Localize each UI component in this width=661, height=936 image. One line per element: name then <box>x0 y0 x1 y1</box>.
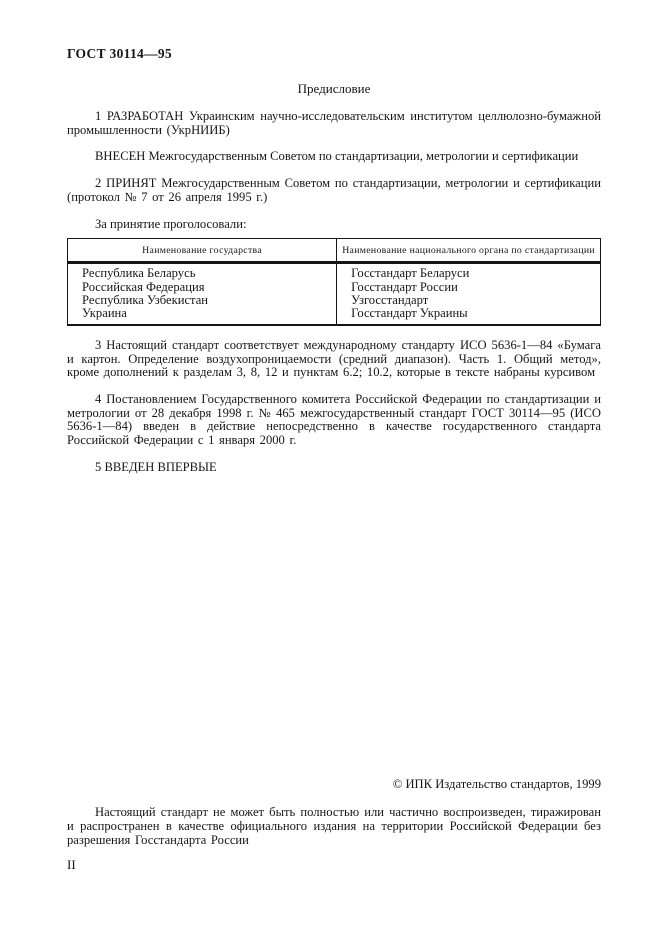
table-cell-body: Госстандарт Беларуси <box>337 263 601 281</box>
paragraph-first-time: 5 ВВЕДЕН ВПЕРВЫЕ <box>67 461 601 475</box>
table-row: Российская Федерация Госстандарт России <box>68 281 601 294</box>
table-cell-state: Российская Федерация <box>68 281 337 294</box>
copyright-line: © ИПК Издательство стандартов, 1999 <box>67 777 601 792</box>
paragraph-developed: 1 РАЗРАБОТАН Украинским научно-исследова… <box>67 110 601 137</box>
vote-table: Наименование государства Наименование на… <box>67 238 601 326</box>
page-title: Предисловие <box>67 81 601 97</box>
paragraph-correspondence: 3 Настоящий стандарт соответствует между… <box>67 339 601 380</box>
table-cell-body: Госстандарт Украины <box>337 307 601 324</box>
page-number: II <box>67 857 601 873</box>
footer-notice: Настоящий стандарт не может быть полност… <box>67 806 601 847</box>
table-cell-state: Республика Беларусь <box>68 263 337 281</box>
table-row: Республика Беларусь Госстандарт Беларуси <box>68 263 601 281</box>
page-content: ГОСТ 30114—95 Предисловие 1 РАЗРАБОТАН У… <box>0 0 661 873</box>
vote-table-header-state: Наименование государства <box>68 239 337 263</box>
paragraph-adopted: 2 ПРИНЯТ Межгосударственным Советом по с… <box>67 177 601 204</box>
table-row: Республика Узбекистан Узгосстандарт <box>68 294 601 307</box>
paragraph-submitted: ВНЕСЕН Межгосударственным Советом по ста… <box>67 150 601 164</box>
document-code: ГОСТ 30114—95 <box>67 46 601 62</box>
vote-table-header-body: Наименование национального органа по ста… <box>337 239 601 263</box>
table-cell-state: Украина <box>68 307 337 324</box>
document-page: ГОСТ 30114—95 Предисловие 1 РАЗРАБОТАН У… <box>0 0 661 936</box>
table-cell-state: Республика Узбекистан <box>68 294 337 307</box>
table-cell-body: Узгосстандарт <box>337 294 601 307</box>
vote-table-header: Наименование государства Наименование на… <box>68 239 601 263</box>
table-row: Украина Госстандарт Украины <box>68 307 601 324</box>
blank-space <box>67 474 601 777</box>
paragraph-enactment: 4 Постановлением Государственного комите… <box>67 393 601 448</box>
table-cell-body: Госстандарт России <box>337 281 601 294</box>
paragraph-voted-intro: За принятие проголосовали: <box>67 218 601 232</box>
